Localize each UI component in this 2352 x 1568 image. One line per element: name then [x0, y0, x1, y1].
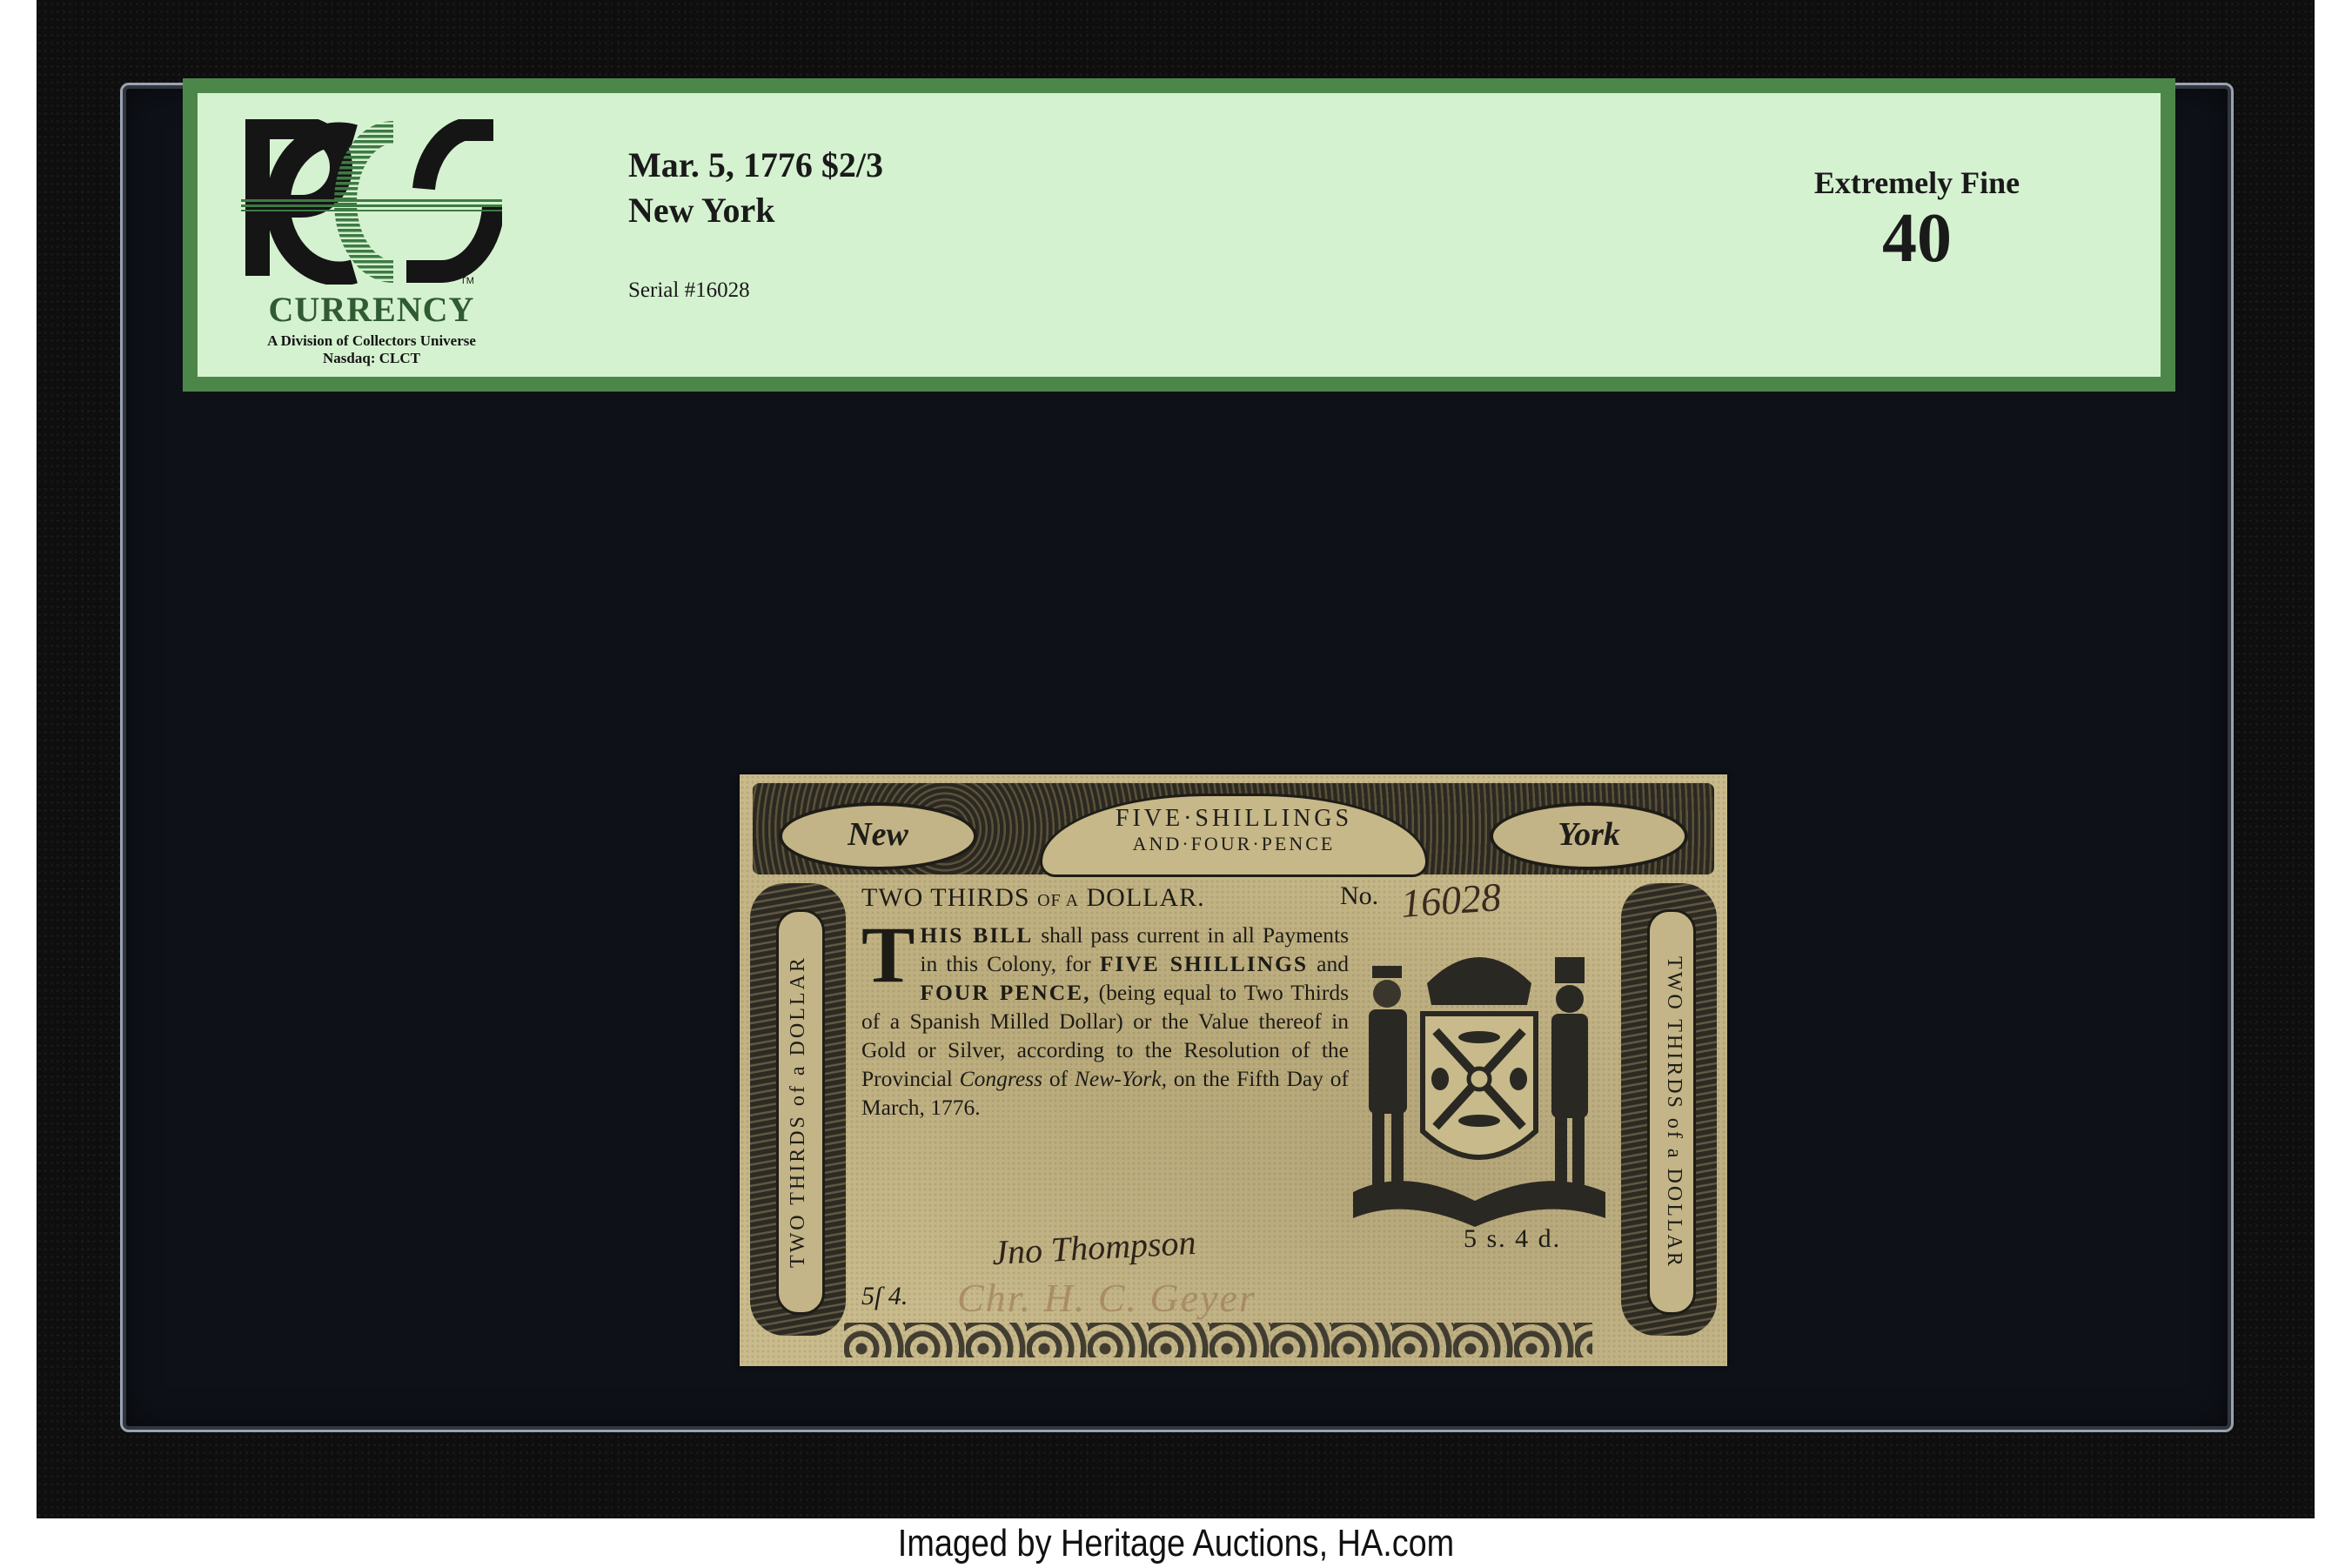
- note-title: Mar. 5, 1776 $2/3: [628, 145, 883, 185]
- note-side-border-right: TWO THIRDS of a DOLLAR: [1621, 883, 1717, 1336]
- label-inner: TM CURRENCY A Division of Collectors Uni…: [198, 93, 2161, 377]
- value-left: 5ſ 4.: [861, 1282, 908, 1311]
- currency-wordmark: CURRENCY: [241, 291, 502, 329]
- image-credit-caption: Imaged by Heritage Auctions, HA.com: [164, 1518, 2188, 1568]
- grade-number: 40: [1786, 199, 2047, 278]
- banknote: New FIVE·SHILLINGS AND·FOUR·PENCE York T…: [740, 774, 1727, 1366]
- number-label: No.: [1340, 881, 1378, 911]
- note-body-text: THIS BILL shall pass current in all Paym…: [861, 921, 1349, 1122]
- note-top-banner: New FIVE·SHILLINGS AND·FOUR·PENCE York: [753, 783, 1714, 874]
- banner-cartouche-right: York: [1490, 802, 1688, 870]
- side-ribbon-right: TWO THIRDS of a DOLLAR: [1647, 909, 1696, 1315]
- banner-arch: FIVE·SHILLINGS AND·FOUR·PENCE: [1040, 794, 1428, 877]
- coat-of-arms-icon: [1353, 931, 1605, 1231]
- signature-1: Jno Thompson: [991, 1222, 1197, 1273]
- banner-cartouche-left: New: [779, 802, 977, 870]
- arch-line-1: FIVE·SHILLINGS: [1042, 805, 1425, 833]
- dropcap: T: [861, 922, 915, 987]
- handwritten-serial: 16028: [1399, 874, 1502, 927]
- note-side-border-left: TWO THIRDS of a DOLLAR: [750, 883, 846, 1336]
- signature-2: Chr. H. C. Geyer: [957, 1275, 1256, 1321]
- note-bottom-ornament: [844, 1323, 1592, 1357]
- pcgs-logo-icon: [241, 119, 502, 285]
- note-serial: Serial #16028: [628, 278, 750, 304]
- note-denomination-header: TWO THIRDS OF A DOLLAR.: [861, 883, 1205, 913]
- grade-description: Extremely Fine: [1786, 164, 2047, 201]
- division-text: A Division of Collectors Universe: [232, 332, 511, 350]
- arch-line-2: AND·FOUR·PENCE: [1042, 833, 1425, 855]
- side-ribbon-left: TWO THIRDS of a DOLLAR: [776, 909, 825, 1315]
- header-of-a: OF A: [1037, 891, 1079, 910]
- note-state: New York: [628, 191, 775, 231]
- header-two-thirds: TWO THIRDS: [861, 883, 1030, 912]
- trademark-mark: TM: [460, 276, 474, 286]
- value-code: 5 s. 4 d.: [1464, 1224, 1561, 1254]
- grading-label: TM CURRENCY A Division of Collectors Uni…: [183, 78, 2175, 392]
- header-dollar: DOLLAR.: [1087, 883, 1205, 912]
- pcgs-currency-logo: TM CURRENCY A Division of Collectors Uni…: [241, 119, 502, 345]
- ticker-text: Nasdaq: CLCT: [232, 350, 511, 367]
